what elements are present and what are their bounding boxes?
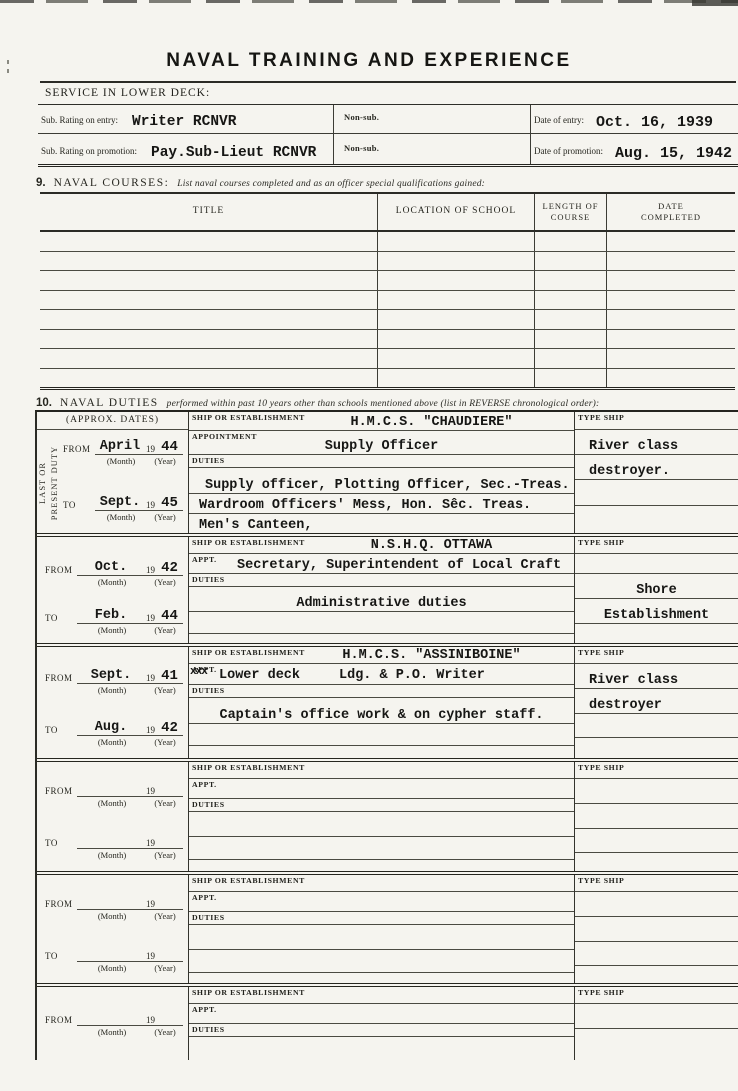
- duty-dates-column: FROM 19 (Month)(Year): [37, 987, 189, 1060]
- naval-courses-heading: 9.NAVAL COURSES:List naval courses compl…: [36, 173, 738, 191]
- courses-col-length: LENGTH OF COURSE: [535, 194, 607, 230]
- course-row: [40, 349, 735, 369]
- duty-type-ship-column: TYPE SHIP: [575, 987, 738, 1060]
- date-of-promotion-value: Aug. 15, 1942: [603, 145, 732, 164]
- duty-type-ship-column: TYPE SHIP: [575, 762, 738, 871]
- type-ship-line: River class: [575, 673, 738, 688]
- to-month-value: Aug.: [77, 721, 145, 735]
- duty-entry-blank: FROM 19 (Month)(Year) TO 19 (Month)(Year…: [37, 875, 738, 987]
- appointment-label: APPT.: [192, 1005, 217, 1014]
- naval-courses-table: TITLE LOCATION OF SCHOOL LENGTH OF COURS…: [40, 192, 735, 390]
- ship-name: H.M.C.S. "ASSINIBOINE": [189, 648, 574, 663]
- duties-label: DUTIES: [192, 1025, 225, 1034]
- to-month-value: Sept.: [95, 496, 145, 510]
- naval-duties-title: NAVAL DUTIES: [60, 397, 159, 409]
- nonsub-label: Non-sub.: [334, 112, 379, 133]
- type-ship-line: Establishment: [575, 608, 738, 623]
- duty-type-ship-column: TYPE SHIP: [575, 875, 738, 983]
- appointment-value: Secretary, Superintendent of Local Craft: [189, 558, 574, 573]
- to-date-field: TO 19 (Month)(Year): [45, 838, 183, 860]
- duty-ship-column: SHIP OR ESTABLISHMENT N.S.H.Q. OTTAWA AP…: [189, 537, 575, 643]
- type-ship-line: destroyer.: [575, 464, 738, 479]
- to-date-field: TO 19 (Month)(Year): [45, 951, 183, 973]
- ship-or-establishment-label: SHIP OR ESTABLISHMENT: [192, 988, 305, 997]
- scan-artifact-top-edge: [0, 0, 738, 3]
- duty-dates-column: FROM 19 (Month)(Year) TO 19 (Month)(Year…: [37, 875, 189, 983]
- course-row: [40, 252, 735, 272]
- ship-or-establishment-label: SHIP OR ESTABLISHMENT: [192, 763, 305, 772]
- to-date-field: TO Feb.1944 (Month)(Year): [45, 609, 183, 635]
- duty-ship-column: SHIP OR ESTABLISHMENT H.M.C.S. "CHAUDIER…: [189, 412, 575, 533]
- from-date-field: FROM 19 (Month)(Year): [45, 899, 183, 921]
- scan-artifact-top-right: [692, 0, 738, 6]
- date-of-entry-value: Oct. 16, 1939: [584, 114, 713, 133]
- appointment-prefix: Lower deck: [219, 668, 300, 683]
- to-date-field: TO Aug.1942 (Month)(Year): [45, 721, 183, 747]
- ship-name: H.M.C.S. "CHAUDIERE": [189, 415, 574, 430]
- from-year-value: 44: [156, 440, 183, 454]
- service-in-lower-deck-heading: SERVICE IN LOWER DECK:: [45, 87, 210, 99]
- naval-duties-table: (APPROX. DATES) LAST OR PRESENT DUTY FRO…: [35, 410, 738, 1060]
- courses-header-row: TITLE LOCATION OF SCHOOL LENGTH OF COURS…: [40, 194, 735, 232]
- from-month-value: April: [95, 440, 145, 454]
- appointment-value: Supply Officer: [189, 439, 574, 454]
- appointment-label: APPT.: [192, 780, 217, 789]
- to-date-field: TO Sept.1945 (Month)(Year): [63, 496, 183, 522]
- service-row-entry: Sub. Rating on entry: Writer RCNVR Non-s…: [38, 105, 738, 134]
- type-ship-line: Shore: [575, 583, 738, 598]
- duty-dates-column: FROM 19 (Month)(Year) TO 19 (Month)(Year…: [37, 762, 189, 871]
- date-of-promotion-label: Date of promotion:: [531, 146, 603, 164]
- to-year-value: 44: [156, 609, 183, 623]
- from-date-field: FROM Oct.1942 (Month)(Year): [45, 561, 183, 587]
- from-month-value: Oct.: [77, 561, 145, 575]
- type-ship-line: River class: [575, 439, 738, 454]
- duty-entry-chaudiere: (APPROX. DATES) LAST OR PRESENT DUTY FRO…: [37, 412, 738, 537]
- section-9-number: 9.: [36, 177, 46, 189]
- type-ship-label: TYPE SHIP: [578, 876, 624, 885]
- duty-entry-nshq-ottawa: FROM Oct.1942 (Month)(Year) TO Feb.1944 …: [37, 537, 738, 647]
- service-row-promotion: Sub. Rating on promotion: Pay.Sub-Lieut …: [38, 134, 738, 164]
- duties-label: DUTIES: [192, 800, 225, 809]
- sub-rating-promotion-label: Sub. Rating on promotion:: [38, 146, 137, 164]
- from-year-value: 41: [156, 669, 183, 683]
- naval-duties-instruction: performed within past 10 years other tha…: [167, 399, 600, 409]
- date-of-entry-label: Date of entry:: [531, 115, 584, 133]
- duty-entry-blank-truncated: FROM 19 (Month)(Year) SHIP OR ESTABLISHM…: [37, 987, 738, 1060]
- from-year-value: 42: [156, 561, 183, 575]
- duty-line: Captain's office work & on cypher staff.: [189, 708, 574, 723]
- section-10-number: 10.: [36, 397, 52, 409]
- courses-col-title: TITLE: [40, 194, 378, 230]
- course-row: [40, 330, 735, 350]
- duty-dates-column: FROM Sept.1941 (Month)(Year) TO Aug.1942…: [37, 647, 189, 758]
- type-ship-line: destroyer: [575, 698, 738, 713]
- type-ship-label: TYPE SHIP: [578, 413, 624, 422]
- type-ship-label: TYPE SHIP: [578, 763, 624, 772]
- duty-ship-column: SHIP OR ESTABLISHMENT APPT. DUTIES: [189, 875, 575, 983]
- duty-line: Supply officer, Plotting Officer, Sec.-T…: [189, 478, 574, 493]
- from-date-field: FROM April1944 (Month)(Year): [63, 440, 183, 466]
- naval-courses-title: NAVAL COURSES:: [54, 177, 170, 189]
- last-or-present-duty-label: LAST OR PRESENT DUTY: [37, 427, 63, 539]
- nonsub-label: Non-sub.: [334, 143, 379, 164]
- from-date-field: FROM 19 (Month)(Year): [45, 786, 183, 808]
- duties-label: DUTIES: [192, 456, 225, 465]
- ship-name: N.S.H.Q. OTTAWA: [189, 538, 574, 553]
- duty-line: Men's Canteen,: [189, 518, 574, 533]
- duty-dates-column: (APPROX. DATES) LAST OR PRESENT DUTY FRO…: [37, 412, 189, 533]
- appt-overstrike: xxx: [190, 666, 207, 678]
- course-row: [40, 291, 735, 311]
- duty-type-ship-column: TYPE SHIP Shore Establishment: [575, 537, 738, 643]
- to-month-value: Feb.: [77, 609, 145, 623]
- duties-label: DUTIES: [192, 913, 225, 922]
- scanned-naval-form-page: NAVAL TRAINING AND EXPERIENCE SERVICE IN…: [0, 0, 738, 1091]
- duty-ship-column: SHIP OR ESTABLISHMENT H.M.C.S. "ASSINIBO…: [189, 647, 575, 758]
- title-rule: [40, 81, 736, 83]
- duty-line: Wardroom Officers' Mess, Hon. Sêc. Treas…: [189, 498, 574, 513]
- duty-dates-column: FROM Oct.1942 (Month)(Year) TO Feb.1944 …: [37, 537, 189, 643]
- courses-col-location: LOCATION OF SCHOOL: [378, 194, 535, 230]
- type-ship-label: TYPE SHIP: [578, 538, 624, 547]
- sub-rating-entry-value: Writer RCNVR: [118, 114, 236, 133]
- sub-rating-entry-label: Sub. Rating on entry:: [38, 115, 118, 133]
- courses-col-date: DATE COMPLETED: [607, 194, 735, 230]
- course-row: [40, 271, 735, 291]
- form-title: NAVAL TRAINING AND EXPERIENCE: [0, 50, 738, 72]
- naval-courses-instruction: List naval courses completed and as an o…: [177, 179, 485, 189]
- duty-ship-column: SHIP OR ESTABLISHMENT APPT. DUTIES: [189, 762, 575, 871]
- duty-entry-blank: FROM 19 (Month)(Year) TO 19 (Month)(Year…: [37, 762, 738, 875]
- sub-rating-promotion-value: Pay.Sub-Lieut RCNVR: [137, 145, 316, 164]
- duties-label: DUTIES: [192, 686, 225, 695]
- from-date-field: FROM Sept.1941 (Month)(Year): [45, 669, 183, 695]
- duty-entry-assiniboine: FROM Sept.1941 (Month)(Year) TO Aug.1942…: [37, 647, 738, 762]
- duty-type-ship-column: TYPE SHIP River class destroyer.: [575, 412, 738, 533]
- course-row: [40, 232, 735, 252]
- from-date-field: FROM 19 (Month)(Year): [45, 1015, 183, 1037]
- course-row: [40, 310, 735, 330]
- duty-line: Administrative duties: [189, 596, 574, 611]
- duty-ship-column: SHIP OR ESTABLISHMENT APPT. DUTIES: [189, 987, 575, 1060]
- appointment-label: APPT.: [192, 893, 217, 902]
- type-ship-label: TYPE SHIP: [578, 648, 624, 657]
- course-row: [40, 369, 735, 390]
- appointment-value: Ldg. & P.O. Writer: [339, 668, 485, 683]
- duty-type-ship-column: TYPE SHIP River class destroyer: [575, 647, 738, 758]
- duties-label: DUTIES: [192, 575, 225, 584]
- from-month-value: Sept.: [77, 669, 145, 683]
- ship-or-establishment-label: SHIP OR ESTABLISHMENT: [192, 876, 305, 885]
- to-year-value: 42: [156, 721, 183, 735]
- naval-duties-heading: 10.NAVAL DUTIESperformed within past 10 …: [36, 393, 738, 411]
- service-lower-deck-table: Sub. Rating on entry: Writer RCNVR Non-s…: [38, 104, 738, 167]
- type-ship-label: TYPE SHIP: [578, 988, 624, 997]
- to-year-value: 45: [156, 496, 183, 510]
